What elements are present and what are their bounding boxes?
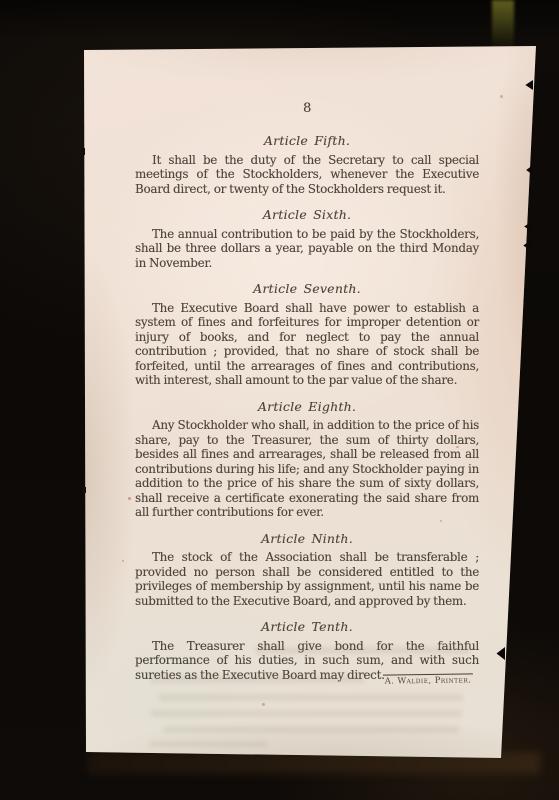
- showthrough-line: [150, 741, 268, 747]
- foxing-speck: [440, 520, 442, 522]
- edge-mark: [82, 148, 85, 155]
- article-eighth-heading: Article Eighth.: [135, 400, 479, 415]
- article-ninth-heading: Article Ninth.: [135, 532, 479, 547]
- article-eighth-body: Any Stockholder who shall, in addition t…: [135, 418, 479, 520]
- printed-text-block: 8 Article Fifth. It shall be the duty of…: [135, 102, 479, 682]
- edge-mark: [83, 487, 86, 493]
- showthrough-line: [150, 710, 462, 717]
- foxing-speck: [500, 95, 503, 98]
- background-shadow-top: [0, 0, 559, 40]
- article-sixth-body: The annual contribution to be paid by th…: [135, 227, 479, 271]
- showthrough-line: [255, 647, 470, 654]
- foxing-speck: [128, 497, 131, 500]
- foxing-speck: [262, 703, 265, 706]
- foxing-speck: [122, 560, 124, 562]
- article-seventh-body: The Executive Board shall have power to …: [135, 301, 479, 388]
- article-sixth-heading: Article Sixth.: [135, 208, 479, 223]
- printer-imprint: A. Waldie, Printer.: [383, 673, 473, 686]
- article-tenth-heading: Article Tenth.: [135, 620, 479, 635]
- article-ninth-body: The stock of the Association shall be tr…: [135, 550, 479, 608]
- article-fifth-heading: Article Fifth.: [135, 134, 479, 149]
- showthrough-line: [163, 726, 459, 733]
- article-fifth-body: It shall be the duty of the Secretary to…: [135, 153, 479, 197]
- page-number: 8: [135, 102, 479, 118]
- showthrough-line: [158, 694, 463, 701]
- foxing-speck: [155, 420, 157, 422]
- showthrough-line: [150, 676, 365, 683]
- foxing-speck: [456, 446, 459, 448]
- scanned-book-page-photo: 8 Article Fifth. It shall be the duty of…: [0, 0, 559, 800]
- article-seventh-heading: Article Seventh.: [135, 282, 479, 297]
